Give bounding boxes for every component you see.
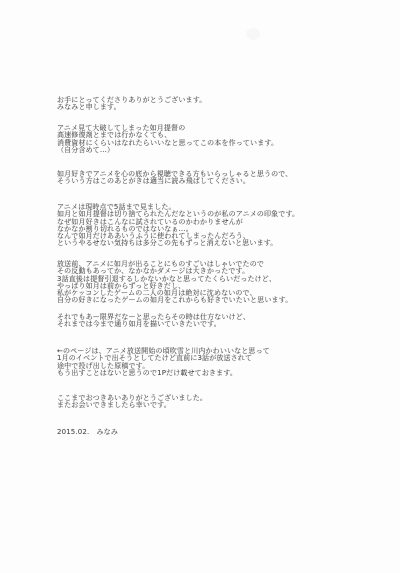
paragraph-damage-and-resolve: 放送前、アニメに如月が出ることにものすごいはしゃいでたのでその反動もあってか、な… (57, 261, 292, 305)
paragraph-anime-impression: アニメは現時点で5話まで見ました。如月と如月提督は切り捨てられたんだなというのが… (57, 204, 299, 248)
text-line: またお会いできましたら幸いです。 (57, 402, 207, 409)
text-line: というやるせない気持ちは多分この先もずっと消えないと思います。 (57, 240, 299, 247)
paragraph-skip-notice: 如月好きでアニメを心の底から視聴できる方もいらっしゃると思うので、そういう方はこ… (57, 171, 292, 186)
text-line: 自分の好きになったゲームの如月をこれからも好きでいたいと思います。 (57, 297, 292, 304)
paragraph-date-signature: 2015.02. みなみ (57, 429, 118, 436)
text-line: （自分含めて…） (57, 147, 278, 154)
text-line: もう出すことはないと思うので1Pだけ載せておきます。 (57, 370, 270, 377)
paragraph-closing-thanks: ここまでおつきあいありがとうございました。またお会いできましたら幸いです。 (57, 395, 207, 410)
text-line: そういう方はこのあとがきは適当に読み飛ばしてください。 (57, 178, 292, 185)
afterword-text-block: お手にとってくださりありがとうございます。みなみと申します。アニメ見て大破してし… (57, 0, 387, 573)
scanned-afterword-page: お手にとってくださりありがとうございます。みなみと申します。アニメ見て大破してし… (0, 0, 400, 573)
paragraph-left-page-note: ←のページは、アニメ放送開始の頃吹雪と川内かわいいなと思って1月のイベントで出そ… (57, 348, 270, 377)
paragraph-greeting: お手にとってくださりありがとうございます。みなみと申します。 (57, 97, 206, 112)
text-line: それまでは今まで通り如月を描いていきたいです。 (57, 321, 250, 328)
text-line: 2015.02. みなみ (57, 429, 118, 436)
paragraph-limit-note: それでもあー限界だなーと思ったらその時は仕方ないけど、それまでは今まで通り如月を… (57, 314, 250, 329)
paragraph-book-purpose: アニメ見て大破してしまった如月提督の高速修復剤とまでは行かなくても、消費資材にく… (57, 125, 278, 154)
text-line: みなみと申します。 (57, 104, 206, 111)
